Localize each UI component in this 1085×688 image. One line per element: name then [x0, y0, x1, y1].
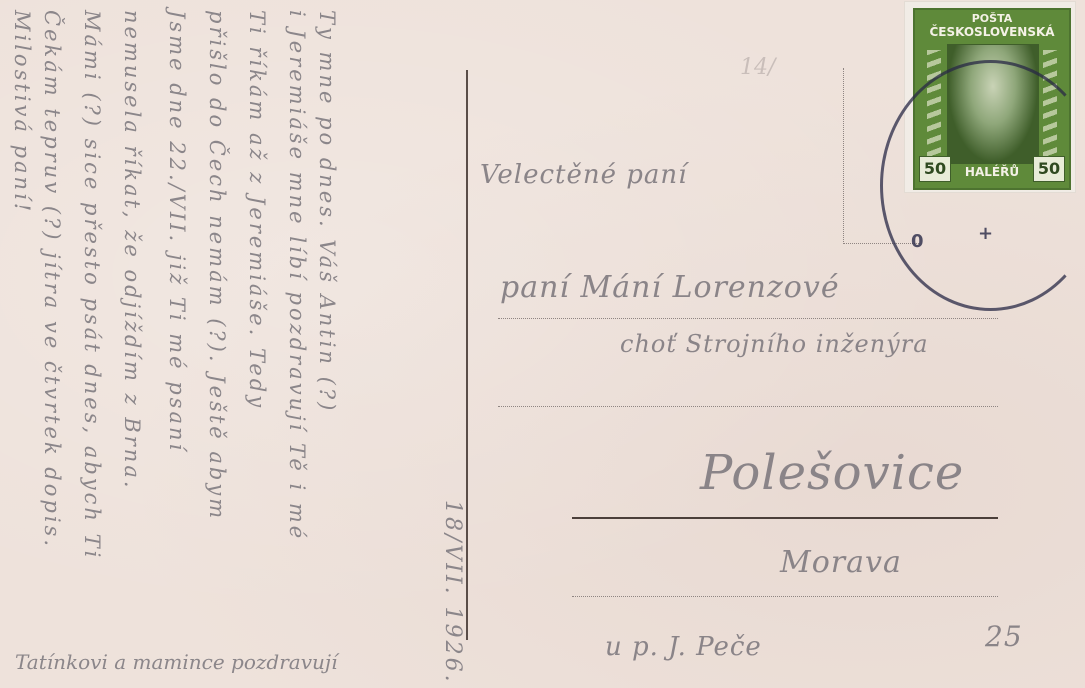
bottom-note: Tatínkovi a mamince pozdravují	[15, 650, 338, 674]
address-town: Polešovice	[700, 445, 964, 501]
address-line-2	[498, 406, 998, 407]
message-line: nemusela říkat, že odjíždím z Brna.	[120, 10, 144, 491]
laurel-right-icon	[1043, 50, 1057, 156]
postage-stamp: POŠTA ČESKOSLOVENSKÁ 50 HALÉŘŮ 50	[905, 2, 1075, 192]
stamp-currency: HALÉŘŮ	[955, 165, 1029, 179]
address-name: paní Mání Lorenzové	[500, 270, 840, 305]
message-line: Mámi (?) sice přesto psát dnes, abych Ti	[80, 10, 104, 560]
address-care-of: u p. J. Peče	[605, 632, 762, 662]
postcard-back: 14/ Milostivá paní! Čekám tepruv (?) jít…	[0, 0, 1085, 688]
stamp-value-left: 50	[919, 156, 951, 182]
message-line: Milostivá paní!	[10, 10, 34, 214]
message-line: Čekám tepruv (?) jítra ve čtvrtek dopis.	[40, 10, 64, 549]
handwritten-message: Milostivá paní! Čekám tepruv (?) jítra v…	[10, 10, 465, 630]
message-line: Jsme dne 22./VII. již Ti mé psaní	[165, 10, 189, 453]
message-line: Ty mne po dnes. Váš Antin (?)	[315, 10, 339, 413]
address-title: choť Strojního inženýra	[620, 330, 929, 358]
faint-pencil-mark: 14/	[740, 55, 775, 80]
address-salutation: Velectěné paní	[480, 160, 687, 190]
center-divider-line	[466, 70, 468, 640]
address-line-1	[498, 318, 998, 319]
stamp-face: POŠTA ČESKOSLOVENSKÁ 50 HALÉŘŮ 50	[913, 8, 1071, 190]
laurel-left-icon	[927, 50, 941, 156]
message-line: i Jeremiáše mne líbí pozdravují Tě i mé	[285, 10, 309, 541]
stamp-header-line1: POŠTA	[915, 12, 1069, 25]
portrait-icon	[947, 44, 1039, 164]
pencil-number: 25	[985, 620, 1023, 653]
message-line: Ti říkám až z Jeremiáše. Tedy	[245, 10, 269, 410]
address-line-3	[572, 596, 998, 597]
stamp-header-line2: ČESKOSLOVENSKÁ	[915, 25, 1069, 39]
stamp-value-right: 50	[1033, 156, 1065, 182]
address-region: Morava	[780, 545, 902, 580]
message-line: přišlo do Čech nemám (?). Ještě abym	[205, 10, 229, 521]
message-date: 18/VII. 1926.	[440, 500, 465, 685]
address-town-underline	[572, 517, 998, 519]
